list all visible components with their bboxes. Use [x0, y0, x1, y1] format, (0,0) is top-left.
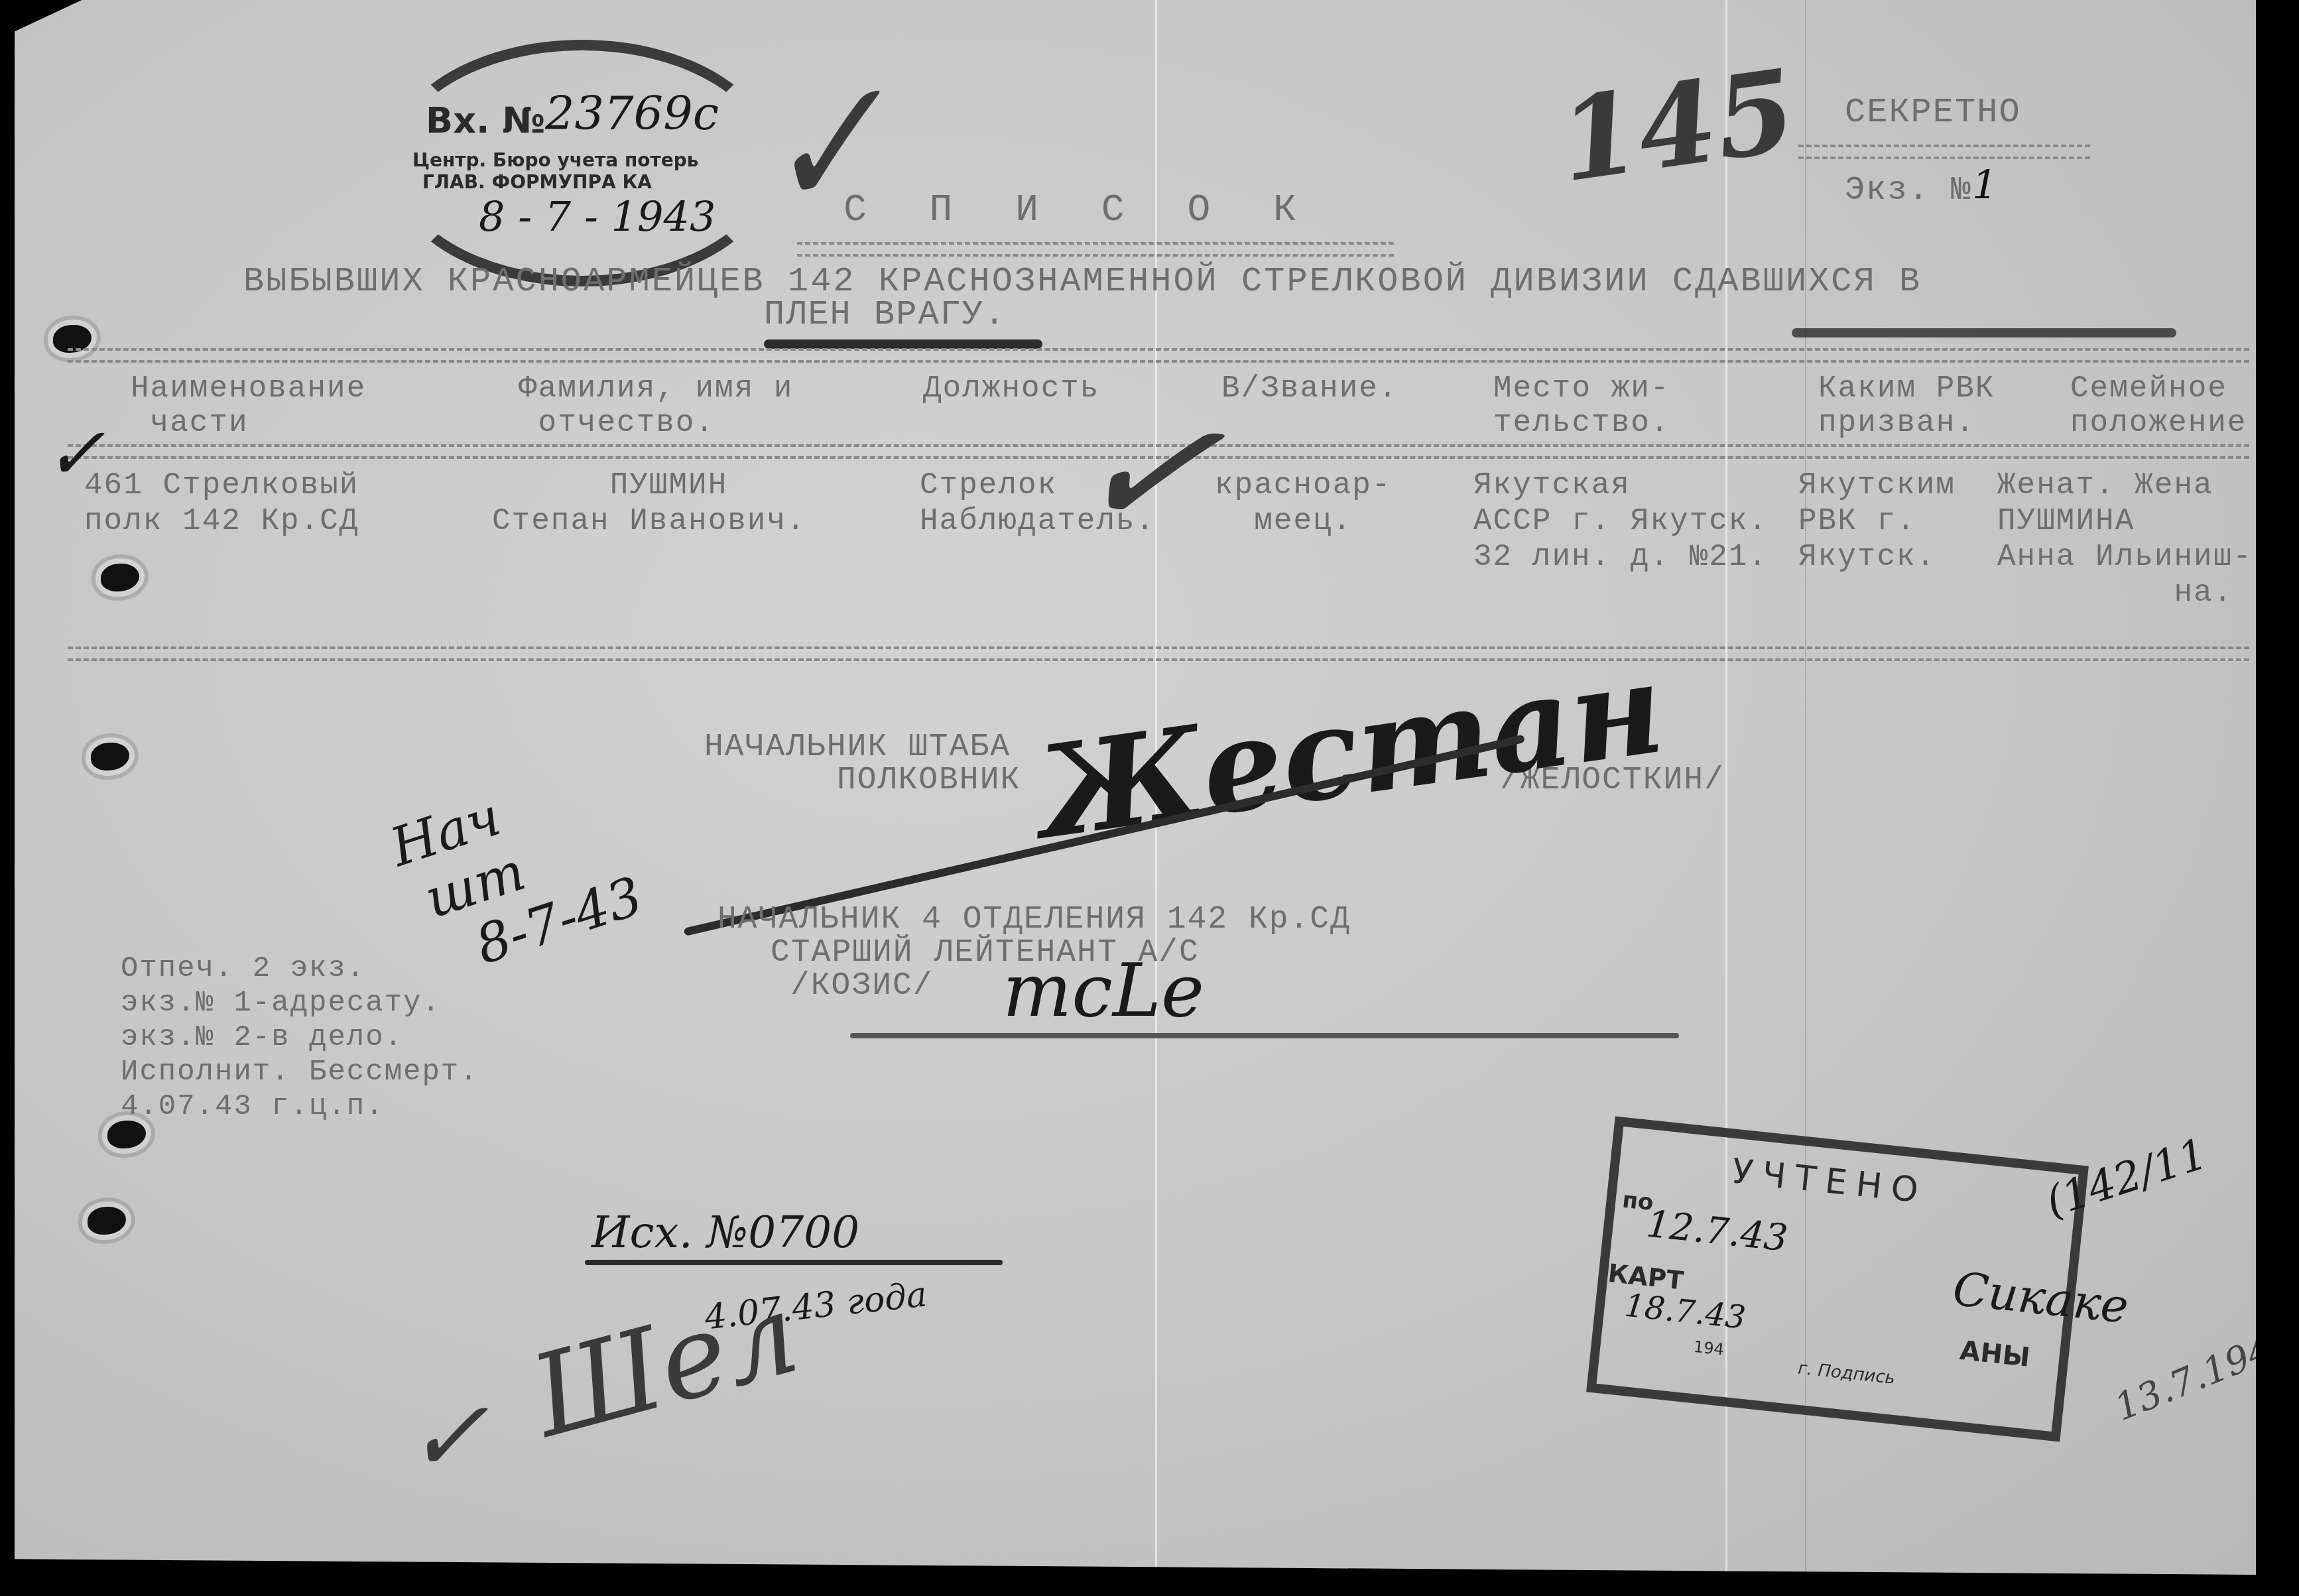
note-line: экз.№ 1-адресату. [121, 987, 441, 1020]
outgoing-number: Исх. №0700 [591, 1207, 859, 1258]
cell-text: на. [2174, 576, 2233, 610]
registered-stamp-title: УЧТЕНО [1730, 1152, 1930, 1212]
col-header-rvk: Каким РВК призван. [1818, 371, 1995, 440]
header-text: призван. [1818, 406, 1975, 440]
dept-chief-name: /КОЗИС/ [790, 968, 934, 1004]
col-header-unit: Наименование части [131, 371, 366, 440]
checkmark-icon: ✓ [44, 411, 105, 496]
copy-label-text: Экз. № [1845, 172, 1972, 210]
pencil-scribble: Шел [519, 1267, 811, 1463]
table-bottom-rule [68, 646, 2249, 661]
divider [797, 242, 1394, 257]
punch-hole [101, 564, 139, 591]
header-text: Семейное [2070, 371, 2227, 406]
handwritten-page-number: 145 [1552, 44, 1803, 208]
handwritten-reference: (142/11 [2040, 1129, 2213, 1227]
underline-stroke [1792, 328, 2176, 338]
cell-text: Стрелок [920, 468, 1057, 503]
cell-text: красноар- [1215, 468, 1391, 503]
cell-text: 32 лин. д. №21. [1473, 540, 1768, 574]
note-line: экз.№ 2-в дело. [121, 1021, 403, 1054]
dept-chief-signature: mcLe [1003, 948, 1204, 1033]
cell-text: полк 142 Кр.СД [84, 504, 359, 538]
outgoing-underline [585, 1260, 1003, 1265]
chief-staff-rank: ПОЛКОВНИК [837, 763, 1021, 798]
cell-rvk: Якутским РВК г. Якутск. [1798, 467, 1956, 575]
copy-number: 1 [1972, 162, 1999, 209]
underline-stroke [764, 339, 1042, 349]
cell-text: меец. [1254, 504, 1352, 538]
registered-sign-label: г. Подпись [1797, 1359, 1896, 1388]
cell-text: Якутским [1798, 468, 1956, 503]
header-text: Фамилия, имя и [519, 371, 793, 406]
incoming-stamp-date: 8 - 7 - 1943 [479, 192, 715, 241]
registered-signature: Сикаке [1950, 1262, 2131, 1334]
header-text: Каким РВК [1818, 371, 1995, 406]
print-note: Отпеч. 2 экз. экз.№ 1-адресату. экз.№ 2-… [121, 951, 479, 1124]
incoming-stamp-org: Центр. Бюро учета потерь [412, 149, 698, 171]
handwritten-date: 13.7.1943 [2109, 1319, 2299, 1430]
col-header-family: Семейное положение [2070, 371, 2247, 440]
copy-label: Экз. №1 [1845, 162, 1999, 210]
incoming-stamp-dept: ГЛАВ. ФОРМУПРА КА [422, 171, 652, 193]
signature-underline [850, 1033, 1679, 1038]
header-text: части [151, 406, 249, 440]
registered-year-label: 194 [1693, 1337, 1725, 1359]
chief-staff-title: НАЧАЛЬНИК ШТАБА [704, 729, 1011, 765]
cell-residence: Якутская АССР г. Якутск. 32 лин. д. №21. [1473, 467, 1768, 575]
incoming-stamp-label: Вх. № [426, 99, 545, 141]
header-text: Наименование [131, 371, 366, 406]
cell-text: ПУШМИН [610, 468, 728, 503]
registered-stamp: УЧТЕНО по 12.7.43 КАРТ 18.7.43 АНЫ 194 г… [1586, 1117, 2089, 1442]
title-line-2: ПЛЕН ВРАГУ. [764, 295, 1006, 334]
document-heading: С П И С О К [843, 189, 1316, 232]
cell-text: Женат. Жена [1997, 468, 2213, 503]
cell-text: Якутская [1473, 468, 1631, 503]
header-text: положение [2070, 406, 2247, 440]
col-header-name: Фамилия, имя и отчество. [519, 371, 793, 440]
document-page: Вх. № 23769с Центр. Бюро учета потерь ГЛ… [15, 0, 2256, 1575]
cell-text: РВК г. [1798, 504, 1916, 538]
cell-text: АССР г. Якутск. [1473, 504, 1768, 538]
cell-rank: красноар- меец. [1215, 467, 1391, 539]
cell-family: Женат. Жена ПУШМИНА Анна Ильиниш- на. [1997, 467, 2253, 611]
cell-text: Степан Иванович. [492, 504, 806, 538]
note-line: Отпеч. 2 экз. [121, 952, 365, 985]
col-header-position: Должность [923, 371, 1099, 406]
incoming-stamp-number: 23769с [545, 86, 719, 141]
divider [1798, 145, 2090, 159]
header-text: тельство. [1493, 406, 1670, 440]
cell-unit: 461 Стрелковый полк 142 Кр.СД [84, 467, 359, 539]
cell-name: ПУШМИН Степан Иванович. [492, 467, 806, 539]
punch-hole [107, 1121, 146, 1148]
header-text: Место жи- [1493, 371, 1670, 406]
classification-label: СЕКРЕТНО [1845, 93, 2021, 132]
col-header-residence: Место жи- тельство. [1493, 371, 1670, 440]
cell-text: Якутск. [1798, 540, 1936, 574]
cell-text: Анна Ильиниш- [1997, 540, 2253, 574]
col-header-rank: В/Звание. [1221, 371, 1398, 406]
checkmark-icon: ✓ [406, 1379, 489, 1495]
cell-text: ПУШМИНА [1997, 504, 2135, 538]
punch-hole [88, 1207, 126, 1235]
header-text: отчество. [538, 406, 715, 440]
cell-text: 461 Стрелковый [84, 468, 359, 503]
table-top-rule [68, 348, 2249, 363]
title-line-1: ВЫБЫВШИХ КРАСНОАРМЕЙЦЕВ 142 КРАСНОЗНАМЕН… [243, 262, 1922, 301]
note-line: 4.07.43 г.ц.п. [121, 1090, 385, 1123]
registered-row2-end: АНЫ [1958, 1335, 2031, 1373]
dept-chief-title: НАЧАЛЬНИК 4 ОТДЕЛЕНИЯ 142 Кр.СД [717, 902, 1351, 938]
registered-row2-value: 18.7.43 [1623, 1287, 1747, 1337]
punch-hole [91, 743, 129, 770]
note-line: Исполнит. Бессмерт. [121, 1056, 479, 1089]
registered-row1-value: 12.7.43 [1645, 1203, 1790, 1260]
